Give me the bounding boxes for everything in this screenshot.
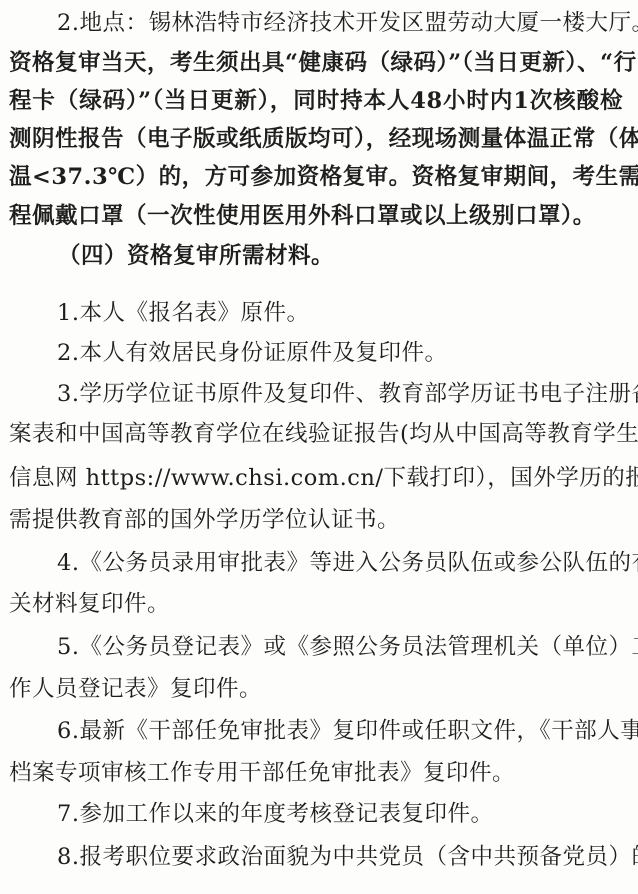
material-item-1: 1.本人《报名表》原件。	[57, 298, 623, 328]
material-item-3-line-2: 案表和中国高等教育学位在线验证报告(均从中国高等教育学生	[9, 419, 623, 449]
material-item-5-line-1: 5.《公务员登记表》或《参照公务员法管理机关（单位）工	[57, 632, 623, 662]
health-requirement-line-2: 程卡（绿码）”（当日更新），同时持本人48小时内1次核酸检	[9, 86, 623, 116]
material-item-3-line-3: 信息网 https://www.chsi.com.cn/下载打印），国外学历的报…	[9, 463, 623, 493]
material-item-8-line-1: 8.报考职位要求政治面貌为中共党员（含中共预备党员）的	[57, 842, 623, 872]
material-item-6-line-1: 6.最新《干部任免审批表》复印件或任职文件，《干部人事	[57, 716, 623, 746]
document-page: 2.地点：锡林浩特市经济技术开发区盟劳动大厦一楼大厅。 资格复审当天，考生须出具…	[0, 0, 638, 894]
material-item-7: 7.参加工作以来的年度考核登记表复印件。	[57, 799, 623, 829]
health-requirement-line-4: 温<37.3℃）的，方可参加资格复审。资格复审期间，考生需全	[9, 162, 623, 192]
material-item-3-line-4: 需提供教育部的国外学历学位认证书。	[9, 505, 623, 535]
material-item-5-line-2: 作人员登记表》复印件。	[9, 674, 623, 704]
health-requirement-line-1: 资格复审当天，考生须出具“健康码（绿码）”（当日更新）、“行	[9, 48, 623, 78]
health-requirement-line-3: 测阴性报告（电子版或纸质版均可），经现场测量体温正常（体	[9, 124, 623, 154]
material-item-4-line-2: 关材料复印件。	[9, 589, 623, 619]
section-heading: （四）资格复审所需材料。	[58, 241, 624, 271]
location-paragraph: 2.地点：锡林浩特市经济技术开发区盟劳动大厦一楼大厅。	[57, 8, 623, 38]
health-requirement-line-5: 程佩戴口罩（一次性使用医用外科口罩或以上级别口罩）。	[9, 201, 623, 231]
material-item-6-line-2: 档案专项审核工作专用干部任免审批表》复印件。	[9, 758, 623, 788]
material-item-2: 2.本人有效居民身份证原件及复印件。	[57, 338, 623, 368]
material-item-3-line-1: 3.学历学位证书原件及复印件、教育部学历证书电子注册备	[57, 379, 623, 409]
material-item-4-line-1: 4.《公务员录用审批表》等进入公务员队伍或参公队伍的有	[57, 548, 623, 578]
